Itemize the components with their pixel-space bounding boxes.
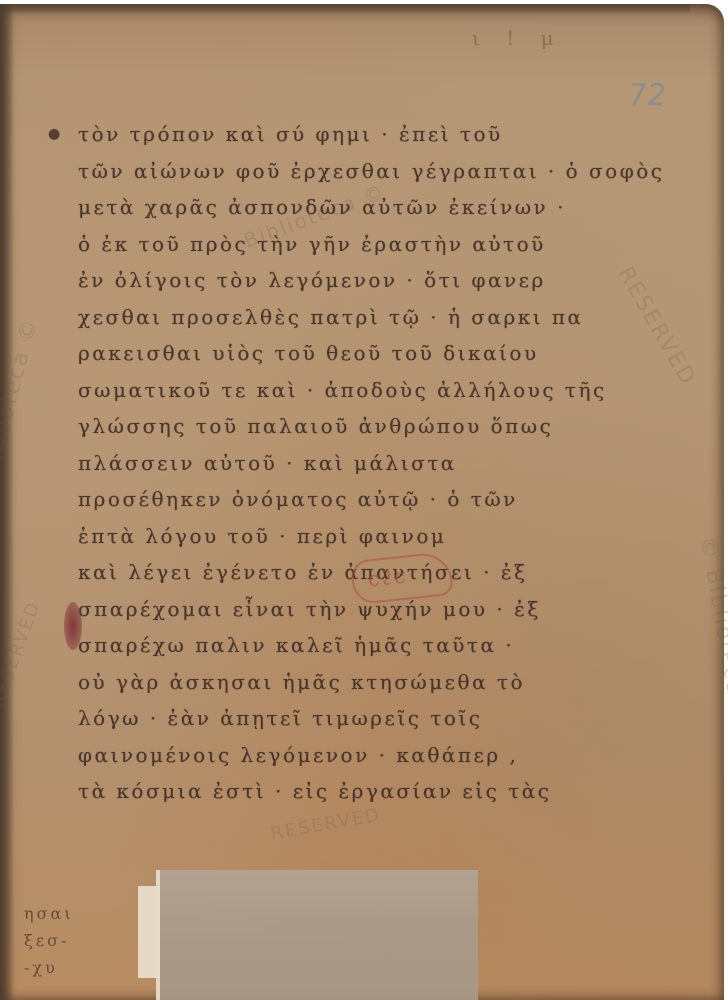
marginal-notes: ησαι ξεσ- -χυ (24, 900, 134, 981)
repair-patch-edge (138, 886, 160, 978)
text-line: ἑπτὰ λόγου τοῦ · περὶ φαινομ (78, 518, 638, 555)
manuscript-page: ι ! μ 72 Biblioteca © RESERVED RESERVED … (0, 4, 724, 1000)
text-line: χεσθαι προσελθὲς πατρὶ τῷ · ἡ σαρκι πα (78, 299, 638, 336)
watermark: RESERVED (269, 804, 383, 844)
text-line: οὐ γὰρ ἀσκησαι ἡμᾶς κτησώμεθα τὸ (78, 664, 638, 701)
text-line: γλώσσης τοῦ παλαιοῦ ἀνθρώπου ὅπως (78, 408, 638, 445)
page-edge-left (0, 4, 14, 1000)
rubric-text: ϲϩϲ (367, 564, 409, 593)
text-line: τῶν αἰώνων φοῦ ἐρχεσθαι γέγραπται · ὁ σο… (78, 153, 638, 190)
text-line: ὁ ἐκ τοῦ πρὸς τὴν γῆν ἐραστὴν αὐτοῦ (78, 226, 638, 263)
text-line: μετὰ χαρᾶς ἀσπονδῶν αὐτῶν ἐκείνων · (78, 189, 638, 226)
text-line: σωματικοῦ τε καὶ · ἀποδοὺς ἀλλήλους τῆς (78, 372, 638, 409)
text-line: τὰ κόσμια ἐστὶ · εἰς ἐργασίαν εἰς τὰς (78, 773, 638, 810)
manuscript-text: ●τὸν τρόπον καὶ σύ φημι · ἐπεὶ τοῦ τῶν α… (78, 116, 638, 810)
paper-repair-patch (160, 870, 478, 1000)
text-line: ●τὸν τρόπον καὶ σύ φημι · ἐπεὶ τοῦ (78, 116, 638, 153)
text-line: προσέθηκεν ὀνόματος αὐτῷ · ὁ τῶν (78, 481, 638, 518)
marginal-note: ξεσ- (24, 927, 134, 954)
marginal-note: -χυ (24, 954, 134, 981)
folio-number: 72 (626, 78, 669, 113)
marginal-note: ησαι (24, 900, 134, 927)
text-line: σπαρέχω παλιν καλεῖ ἡμᾶς ταῦτα · (78, 627, 638, 664)
red-margin-mark-icon (64, 602, 82, 650)
watermark: © Biblioteca (694, 535, 728, 698)
line-text: τὸν τρόπον καὶ σύ φημι · ἐπεὶ τοῦ (78, 122, 503, 146)
page-edge-top (0, 4, 690, 14)
text-line: ἐν ὀλίγοις τὸν λεγόμενον · ὅτι φανερ (78, 262, 638, 299)
text-line: πλάσσειν αὐτοῦ · καὶ μάλιστα (78, 445, 638, 482)
text-line: ρακεισθαι υἱὸς τοῦ θεοῦ τοῦ δικαίου (78, 335, 638, 372)
bullet-mark-icon: ● (48, 116, 63, 152)
text-line: λόγω · ἐὰν ἀπῃτεῖ τιμωρεῖς τοῖς (78, 700, 638, 737)
top-margin-marks: ι ! μ (472, 26, 564, 50)
text-line: φαινομένοις λεγόμενον · καθάπερ , (78, 737, 638, 774)
